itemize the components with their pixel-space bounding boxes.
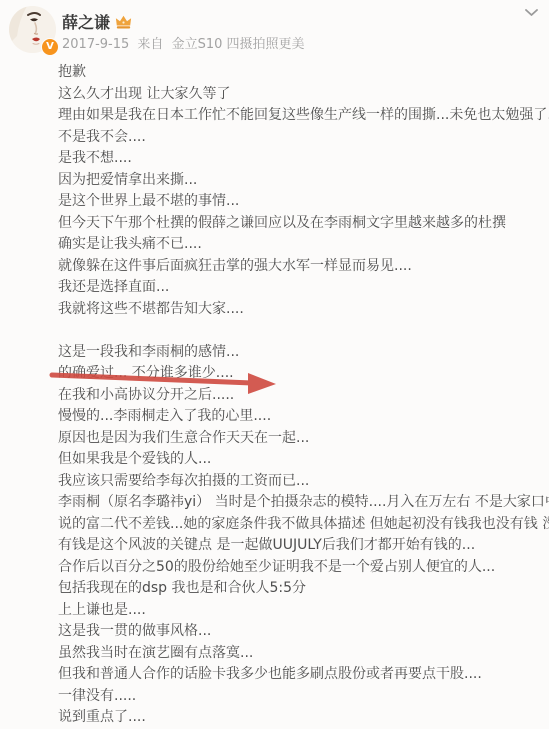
weibo-post-card: V 薛之谦 2017-9-15 来自 金立S10 四摄拍照更美 抱歉这么久才出现… (0, 0, 549, 729)
post-text-line: 李雨桐（原名李璐祎yi） 当时是个拍摄杂志的模特....月入在万左右 不是大家口… (58, 492, 547, 514)
avatar[interactable]: V (9, 6, 56, 53)
verified-v-badge-icon: V (41, 38, 59, 56)
post-text-line: 这是一段我和李雨桐的感情... (58, 342, 547, 364)
post-text-line: 说到重点了.... (58, 707, 547, 729)
post-text-line: 抱歉 (58, 62, 547, 84)
post-text-line: 因为把爱情拿出来撕... (58, 170, 547, 192)
post-text-line: 虽然我当时在演艺圈有点落寞... (58, 643, 547, 665)
post-text-line: 但我和普通人合作的话脸卡我多少也能多刷点股份或者再要点干股.... (58, 664, 547, 686)
post-text-line (58, 320, 547, 342)
post-text-line: 一律没有..... (58, 686, 547, 708)
post-source-link[interactable]: 金立S10 四摄拍照更美 (172, 37, 305, 52)
post-text-line: 我应该只需要给李每次拍摄的工资而已... (58, 471, 547, 493)
post-text-line: 上上谦也是.... (58, 600, 547, 622)
name-row: 薛之谦 (62, 10, 132, 33)
post-text-line: 不是我不会.... (58, 127, 547, 149)
post-text-line: 包括我现在的dsp 我也是和合伙人5:5分 (58, 578, 547, 600)
post-text-line: 慢慢的...李雨桐走入了我的心里.... (58, 406, 547, 428)
post-text-line: 合作后以百分之50的股份给她至少证明我不是一个爱占别人便宜的人... (58, 557, 547, 579)
post-meta: 2017-9-15 来自 金立S10 四摄拍照更美 (62, 33, 309, 52)
post-text-line: 有钱是这个风波的关键点 是一起做UUJULY后我们才都开始有钱的... (58, 535, 547, 557)
post-body: 抱歉这么久才出现 让大家久等了理由如果是我在日本工作忙不能回复这些像生产线一样的… (58, 62, 547, 729)
post-text-line: 说的富二代不差钱...她的家庭条件我不做具体描述 但她起初没有钱我也没有钱 没 (58, 514, 547, 536)
post-text-line: 这是我一贯的做事风格... (58, 621, 547, 643)
post-text-line: 就像躲在这件事后面疯狂击掌的强大水军一样显而易见.... (58, 256, 547, 278)
post-text-line: 在我和小高协议分开之后..... (58, 385, 547, 407)
post-text-line: 原因也是因为我们生意合作天天在一起... (58, 428, 547, 450)
source-prefix: 来自 (137, 37, 163, 52)
post-text-line: 理由如果是我在日本工作忙不能回复这些像生产线一样的围撕...未免也太勉强了... (58, 105, 547, 127)
post-text-line: 我就将这些不堪都告知大家.... (58, 299, 547, 321)
post-text-line: 的确爱过... 不分谁多谁少.... (58, 363, 547, 385)
chevron-down-icon[interactable] (525, 9, 538, 17)
post-text-line: 确实是让我头痛不已.... (58, 234, 547, 256)
post-text-line: 这么久才出现 让大家久等了 (58, 84, 547, 106)
post-text-line: 但今天下午那个杜撰的假薛之谦回应以及在李雨桐文字里越来越多的杜撰 (58, 213, 547, 235)
post-text-line: 但如果我是个爱钱的人... (58, 449, 547, 471)
post-text-line: 我还是选择直面... (58, 277, 547, 299)
user-name[interactable]: 薛之谦 (62, 10, 110, 33)
post-text-line: 是这个世界上最不堪的事情... (58, 191, 547, 213)
post-date: 2017-9-15 (62, 37, 129, 52)
membership-crown-icon (115, 15, 132, 29)
post-text-line: 是我不想.... (58, 148, 547, 170)
